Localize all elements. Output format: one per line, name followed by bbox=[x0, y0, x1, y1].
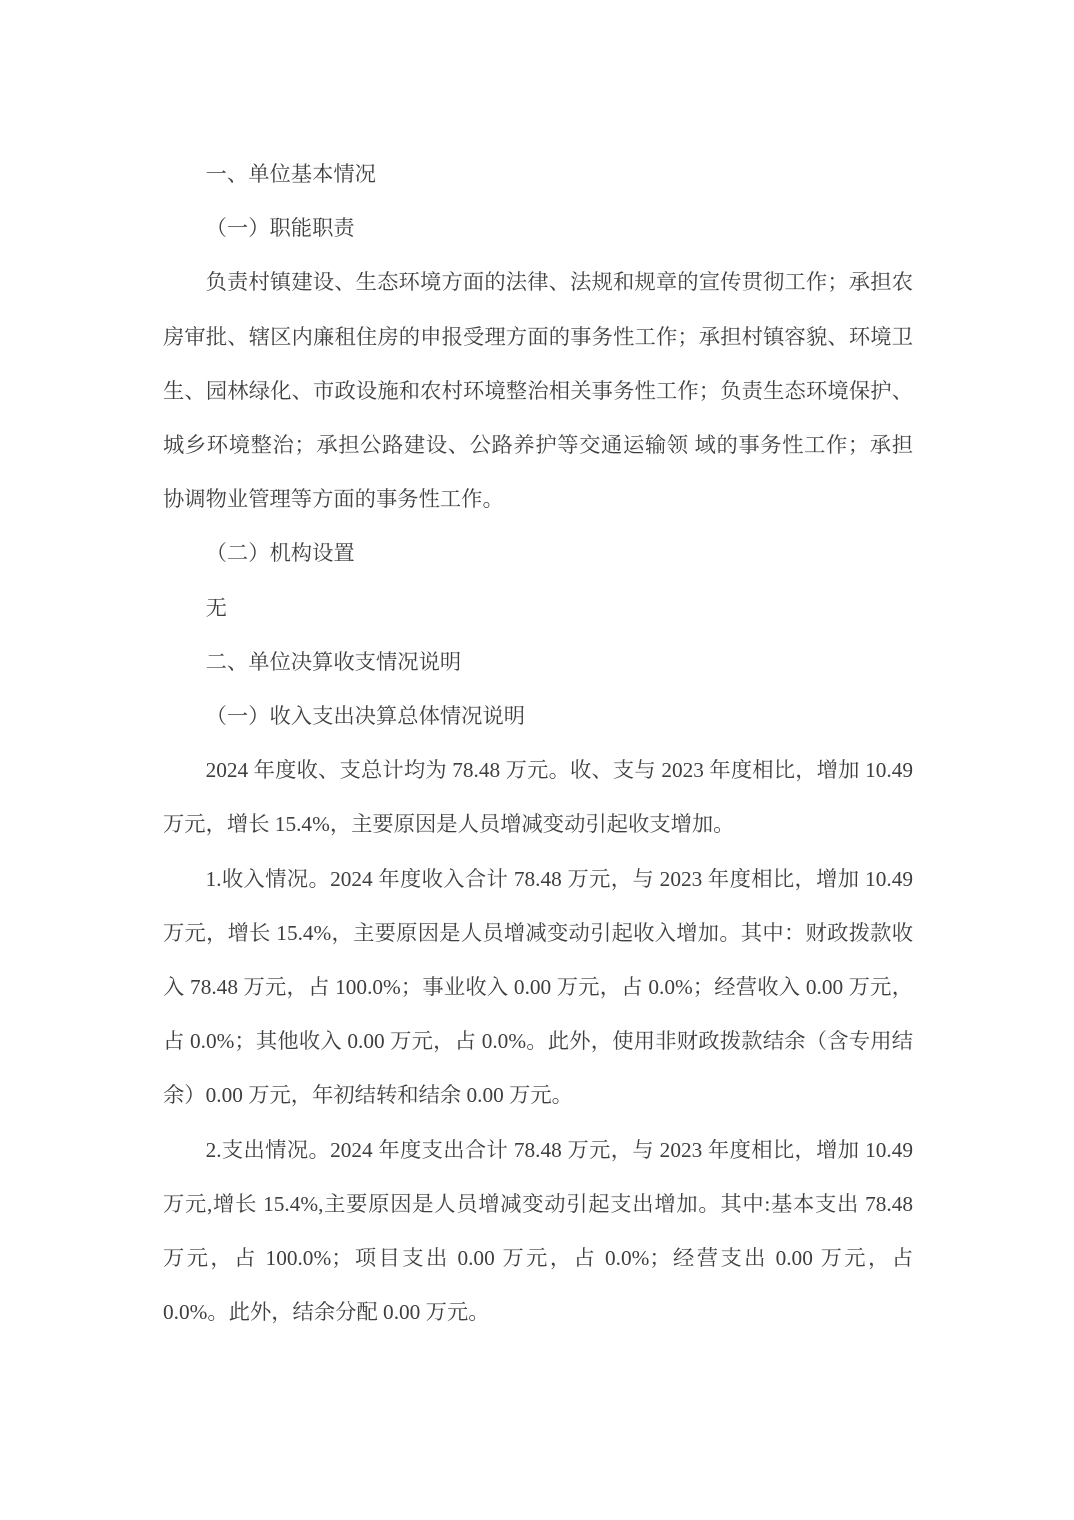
section-heading-unit-basic-info: 一、单位基本情况 bbox=[163, 147, 913, 201]
paragraph-org-setup-none: 无 bbox=[163, 581, 913, 635]
paragraph-duties: 负责村镇建设、生态环境方面的法律、法规和规章的宣传贯彻工作；承担农房审批、辖区内… bbox=[163, 255, 913, 526]
subsection-heading-overall-income-expenditure: （一）收入支出决算总体情况说明 bbox=[163, 689, 913, 743]
paragraph-expenditure-detail: 2.支出情况。2024 年度支出合计 78.48 万元，与 2023 年度相比，… bbox=[163, 1123, 913, 1340]
paragraph-overall-totals: 2024 年度收、支总计均为 78.48 万元。收、支与 2023 年度相比，增… bbox=[163, 743, 913, 851]
document-body: 一、单位基本情况 （一）职能职责 负责村镇建设、生态环境方面的法律、法规和规章的… bbox=[163, 147, 913, 1339]
subsection-heading-org-setup: （二）机构设置 bbox=[163, 526, 913, 580]
subsection-heading-duties: （一）职能职责 bbox=[163, 201, 913, 255]
paragraph-income-detail: 1.收入情况。2024 年度收入合计 78.48 万元，与 2023 年度相比，… bbox=[163, 852, 913, 1123]
section-heading-budget-explanation: 二、单位决算收支情况说明 bbox=[163, 635, 913, 689]
document-page: 一、单位基本情况 （一）职能职责 负责村镇建设、生态环境方面的法律、法规和规章的… bbox=[0, 0, 1074, 1520]
